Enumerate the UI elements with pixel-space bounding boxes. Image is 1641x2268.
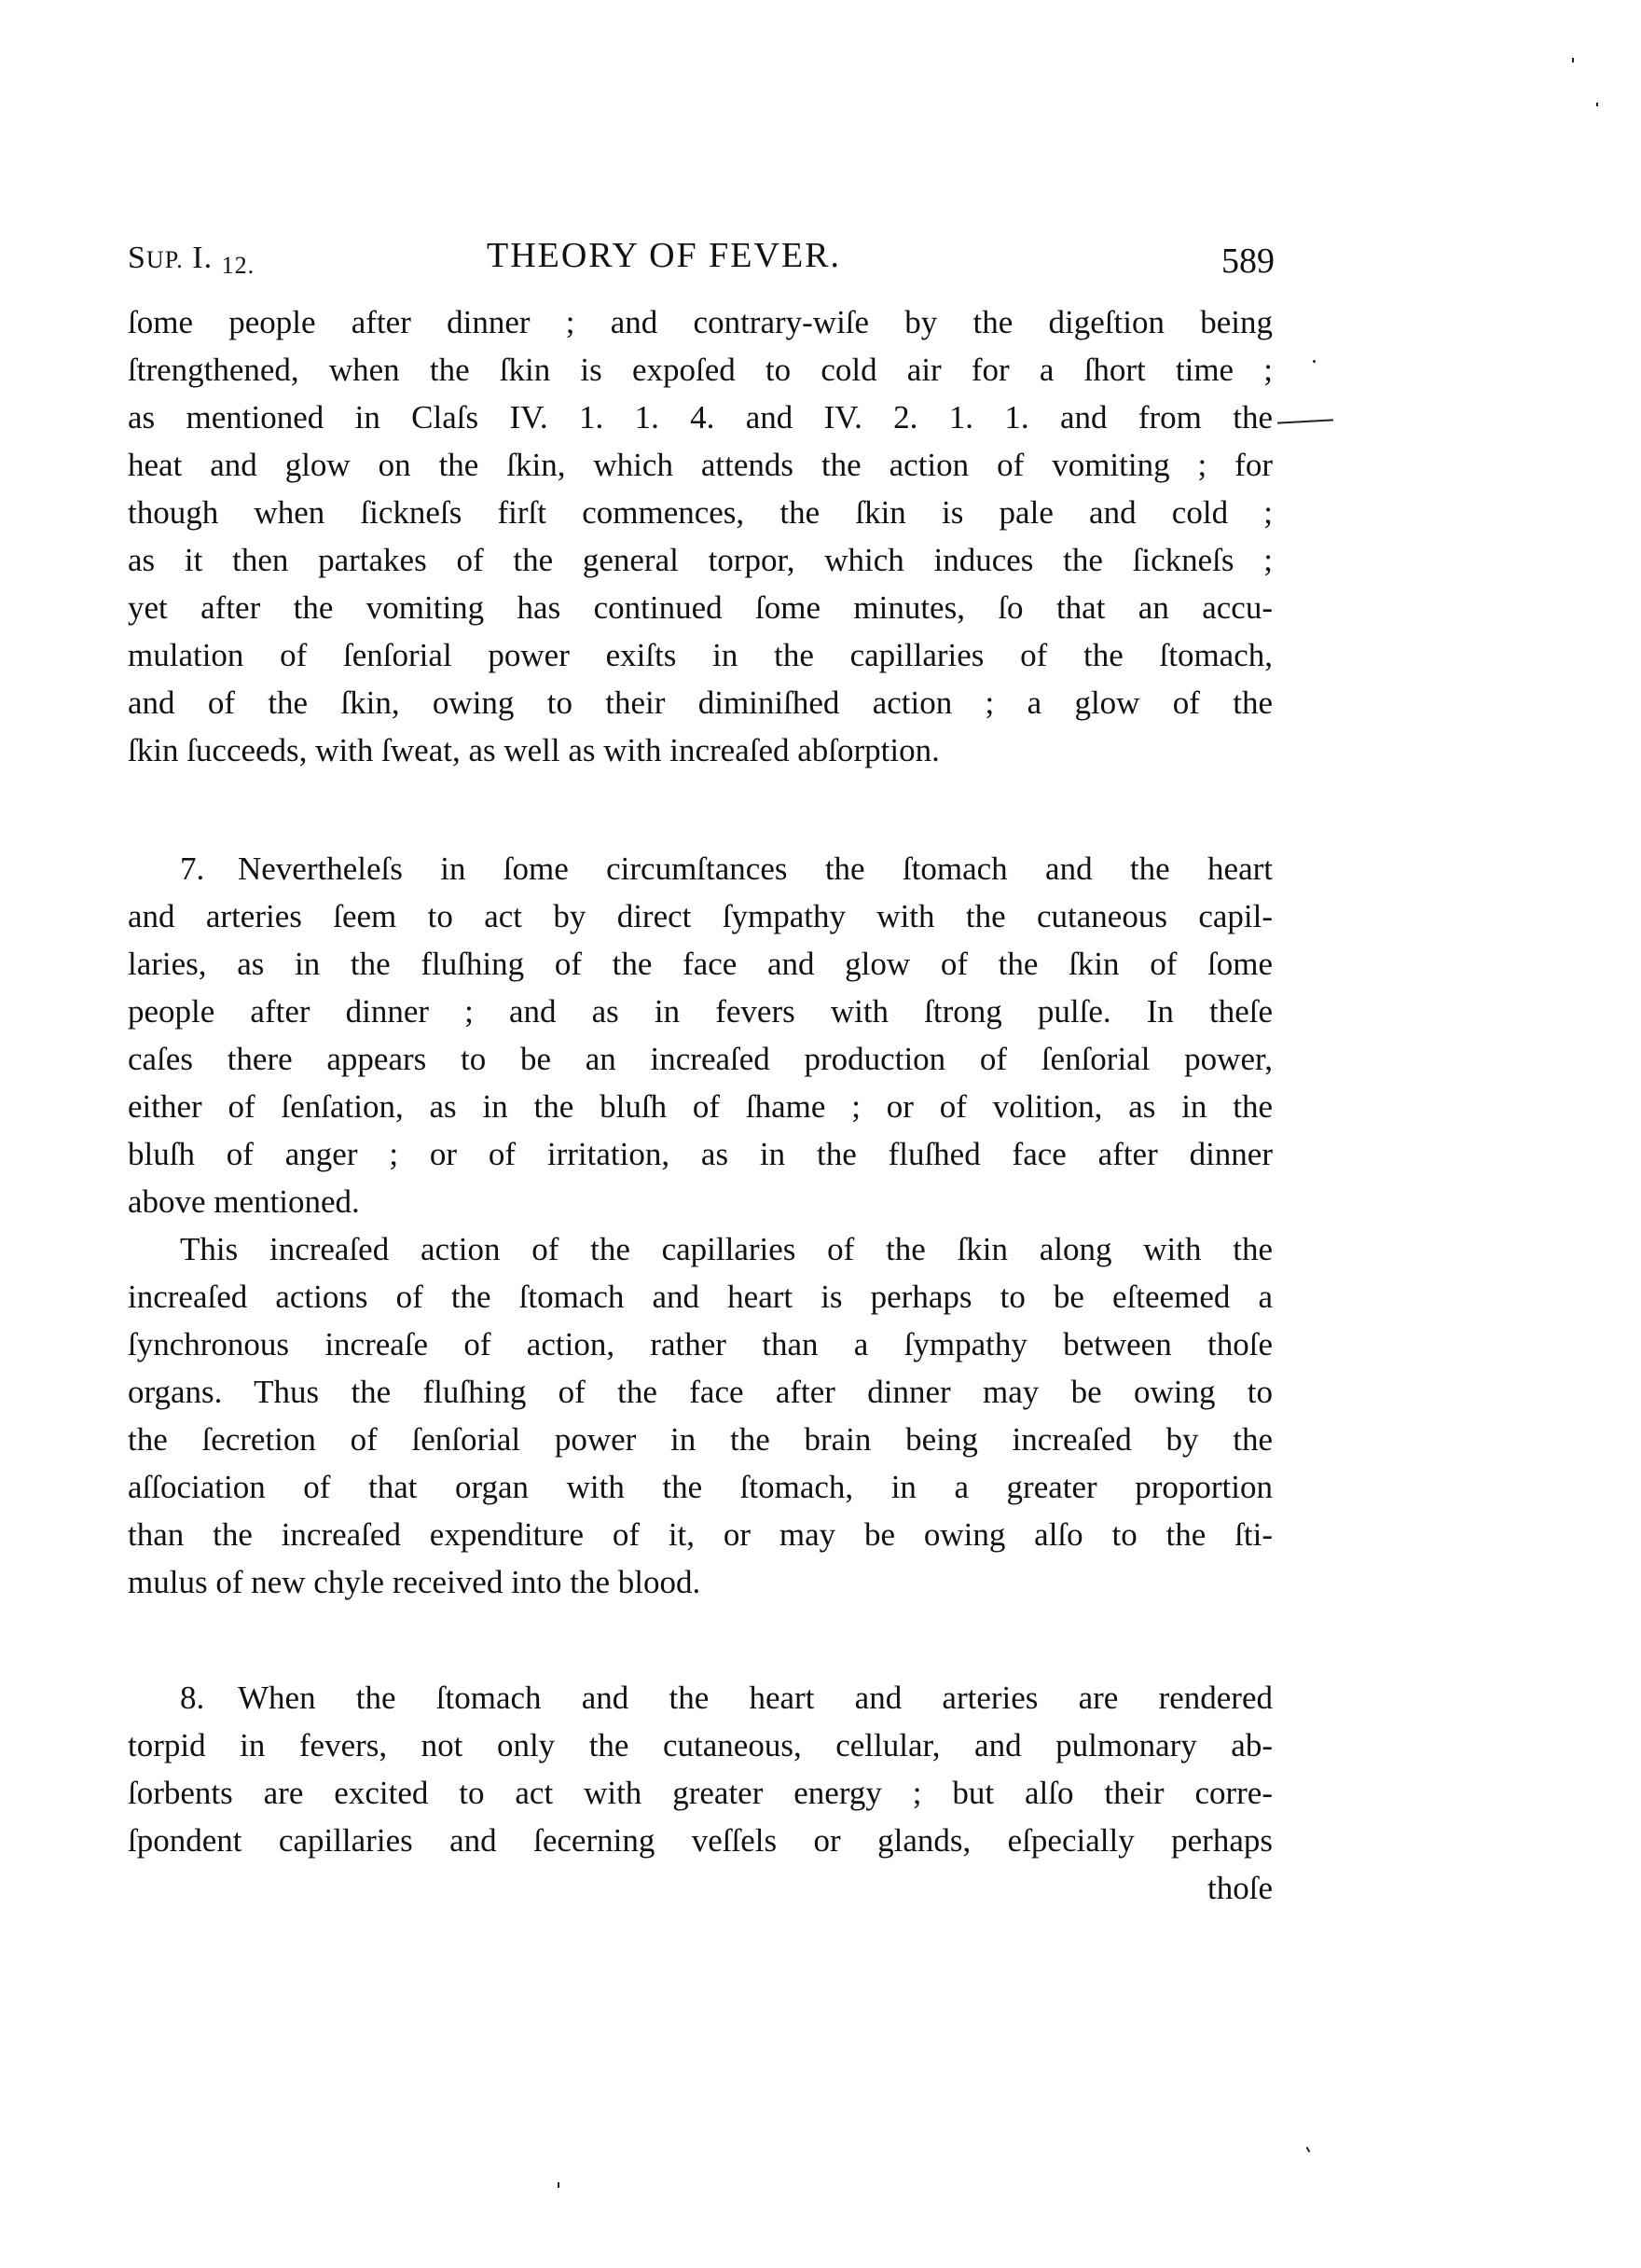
text-line: ſome people after dinner ; and contrary-… — [128, 298, 1273, 346]
margin-dash-mark — [1277, 419, 1333, 423]
speck-mark — [1596, 103, 1598, 106]
text-line: caſes there appears to be an increaſed p… — [128, 1035, 1273, 1083]
section-prefix-smallcaps: UP. — [146, 246, 184, 273]
running-header: SUP. I. 12. THEORY OF FEVER. 589 — [128, 224, 1275, 276]
text-line: mulation of ſenſorial power exiſts in th… — [128, 631, 1273, 679]
text-line: 7.Nevertheleſs in ſome circumſtances the… — [128, 845, 1273, 892]
speck-mark — [558, 2182, 559, 2188]
text-line: organs. Thus the fluſhing of the face af… — [128, 1368, 1273, 1416]
text-line: increaſed actions of the ſtomach and hea… — [128, 1273, 1273, 1321]
section-number-7: 7. — [180, 845, 238, 892]
text-line: above mentioned. — [128, 1178, 1273, 1225]
text-line: ſynchronous increaſe of action, rather t… — [128, 1321, 1273, 1368]
text-line: heat and glow on the ſkin, which attends… — [128, 441, 1273, 489]
text-line: aſſociation of that organ with the ſtoma… — [128, 1463, 1273, 1511]
section-prefix: S — [128, 241, 146, 275]
text-line: bluſh of anger ; or of irritation, as in… — [128, 1130, 1273, 1178]
text-line: people after dinner ; and as in fevers w… — [128, 988, 1273, 1035]
text-line: and arteries ſeem to act by direct ſympa… — [128, 892, 1273, 940]
text-line: ſtrengthened, when the ſkin is expoſed t… — [128, 346, 1273, 394]
section-reference: SUP. I. 12. — [128, 241, 255, 276]
speck-mark — [1313, 360, 1316, 363]
section-number: 12. — [222, 252, 255, 279]
text-line: though when ſickneſs firſt commences, th… — [128, 489, 1273, 536]
text-line: 8.When the ſtomach and the heart and art… — [128, 1674, 1273, 1722]
paragraph-continuation: ſome people after dinner ; and contrary-… — [128, 298, 1273, 774]
section-number-8: 8. — [180, 1674, 238, 1722]
text-line: and of the ſkin, owing to their diminiſh… — [128, 679, 1273, 726]
text-line: ſorbents are excited to act with greater… — [128, 1769, 1273, 1817]
page-number: 589 — [1221, 241, 1275, 282]
text-line: mulus of new chyle received into the blo… — [128, 1558, 1273, 1606]
text-line: This increaſed action of the capillaries… — [128, 1225, 1273, 1273]
text-line: laries, as in the fluſhing of the face a… — [128, 940, 1273, 988]
catchword: thoſe — [128, 1864, 1273, 1912]
text-line: than the increaſed expenditure of it, or… — [128, 1511, 1273, 1558]
section-roman: I. — [184, 241, 222, 275]
speck-mark — [1306, 2147, 1311, 2152]
text-line-content: When the ſtomach and the heart and arter… — [238, 1680, 1273, 1716]
text-line-content: Nevertheleſs in ſome circumſtances the ſ… — [238, 850, 1273, 887]
running-title: THEORY OF FEVER. — [487, 235, 841, 276]
text-line: either of ſenſation, as in the bluſh of … — [128, 1083, 1273, 1130]
text-line: as it then partakes of the general torpo… — [128, 536, 1273, 584]
text-line: ſpondent capillaries and ſecerning veſſe… — [128, 1817, 1273, 1864]
paragraph-section-8: 8.When the ſtomach and the heart and art… — [128, 1674, 1273, 1912]
text-line: the ſecretion of ſenſorial power in the … — [128, 1416, 1273, 1463]
speck-mark — [1572, 58, 1574, 62]
paragraph-section-7-continued: This increaſed action of the capillaries… — [128, 1225, 1273, 1606]
paragraph-section-7: 7.Nevertheleſs in ſome circumſtances the… — [128, 845, 1273, 1225]
text-line: torpid in fevers, not only the cutaneous… — [128, 1722, 1273, 1769]
text-line: ſkin ſucceeds, with ſweat, as well as wi… — [128, 726, 1273, 774]
text-line: yet after the vomiting has continued ſom… — [128, 584, 1273, 631]
text-line: as mentioned in Claſs IV. 1. 1. 4. and I… — [128, 394, 1273, 441]
